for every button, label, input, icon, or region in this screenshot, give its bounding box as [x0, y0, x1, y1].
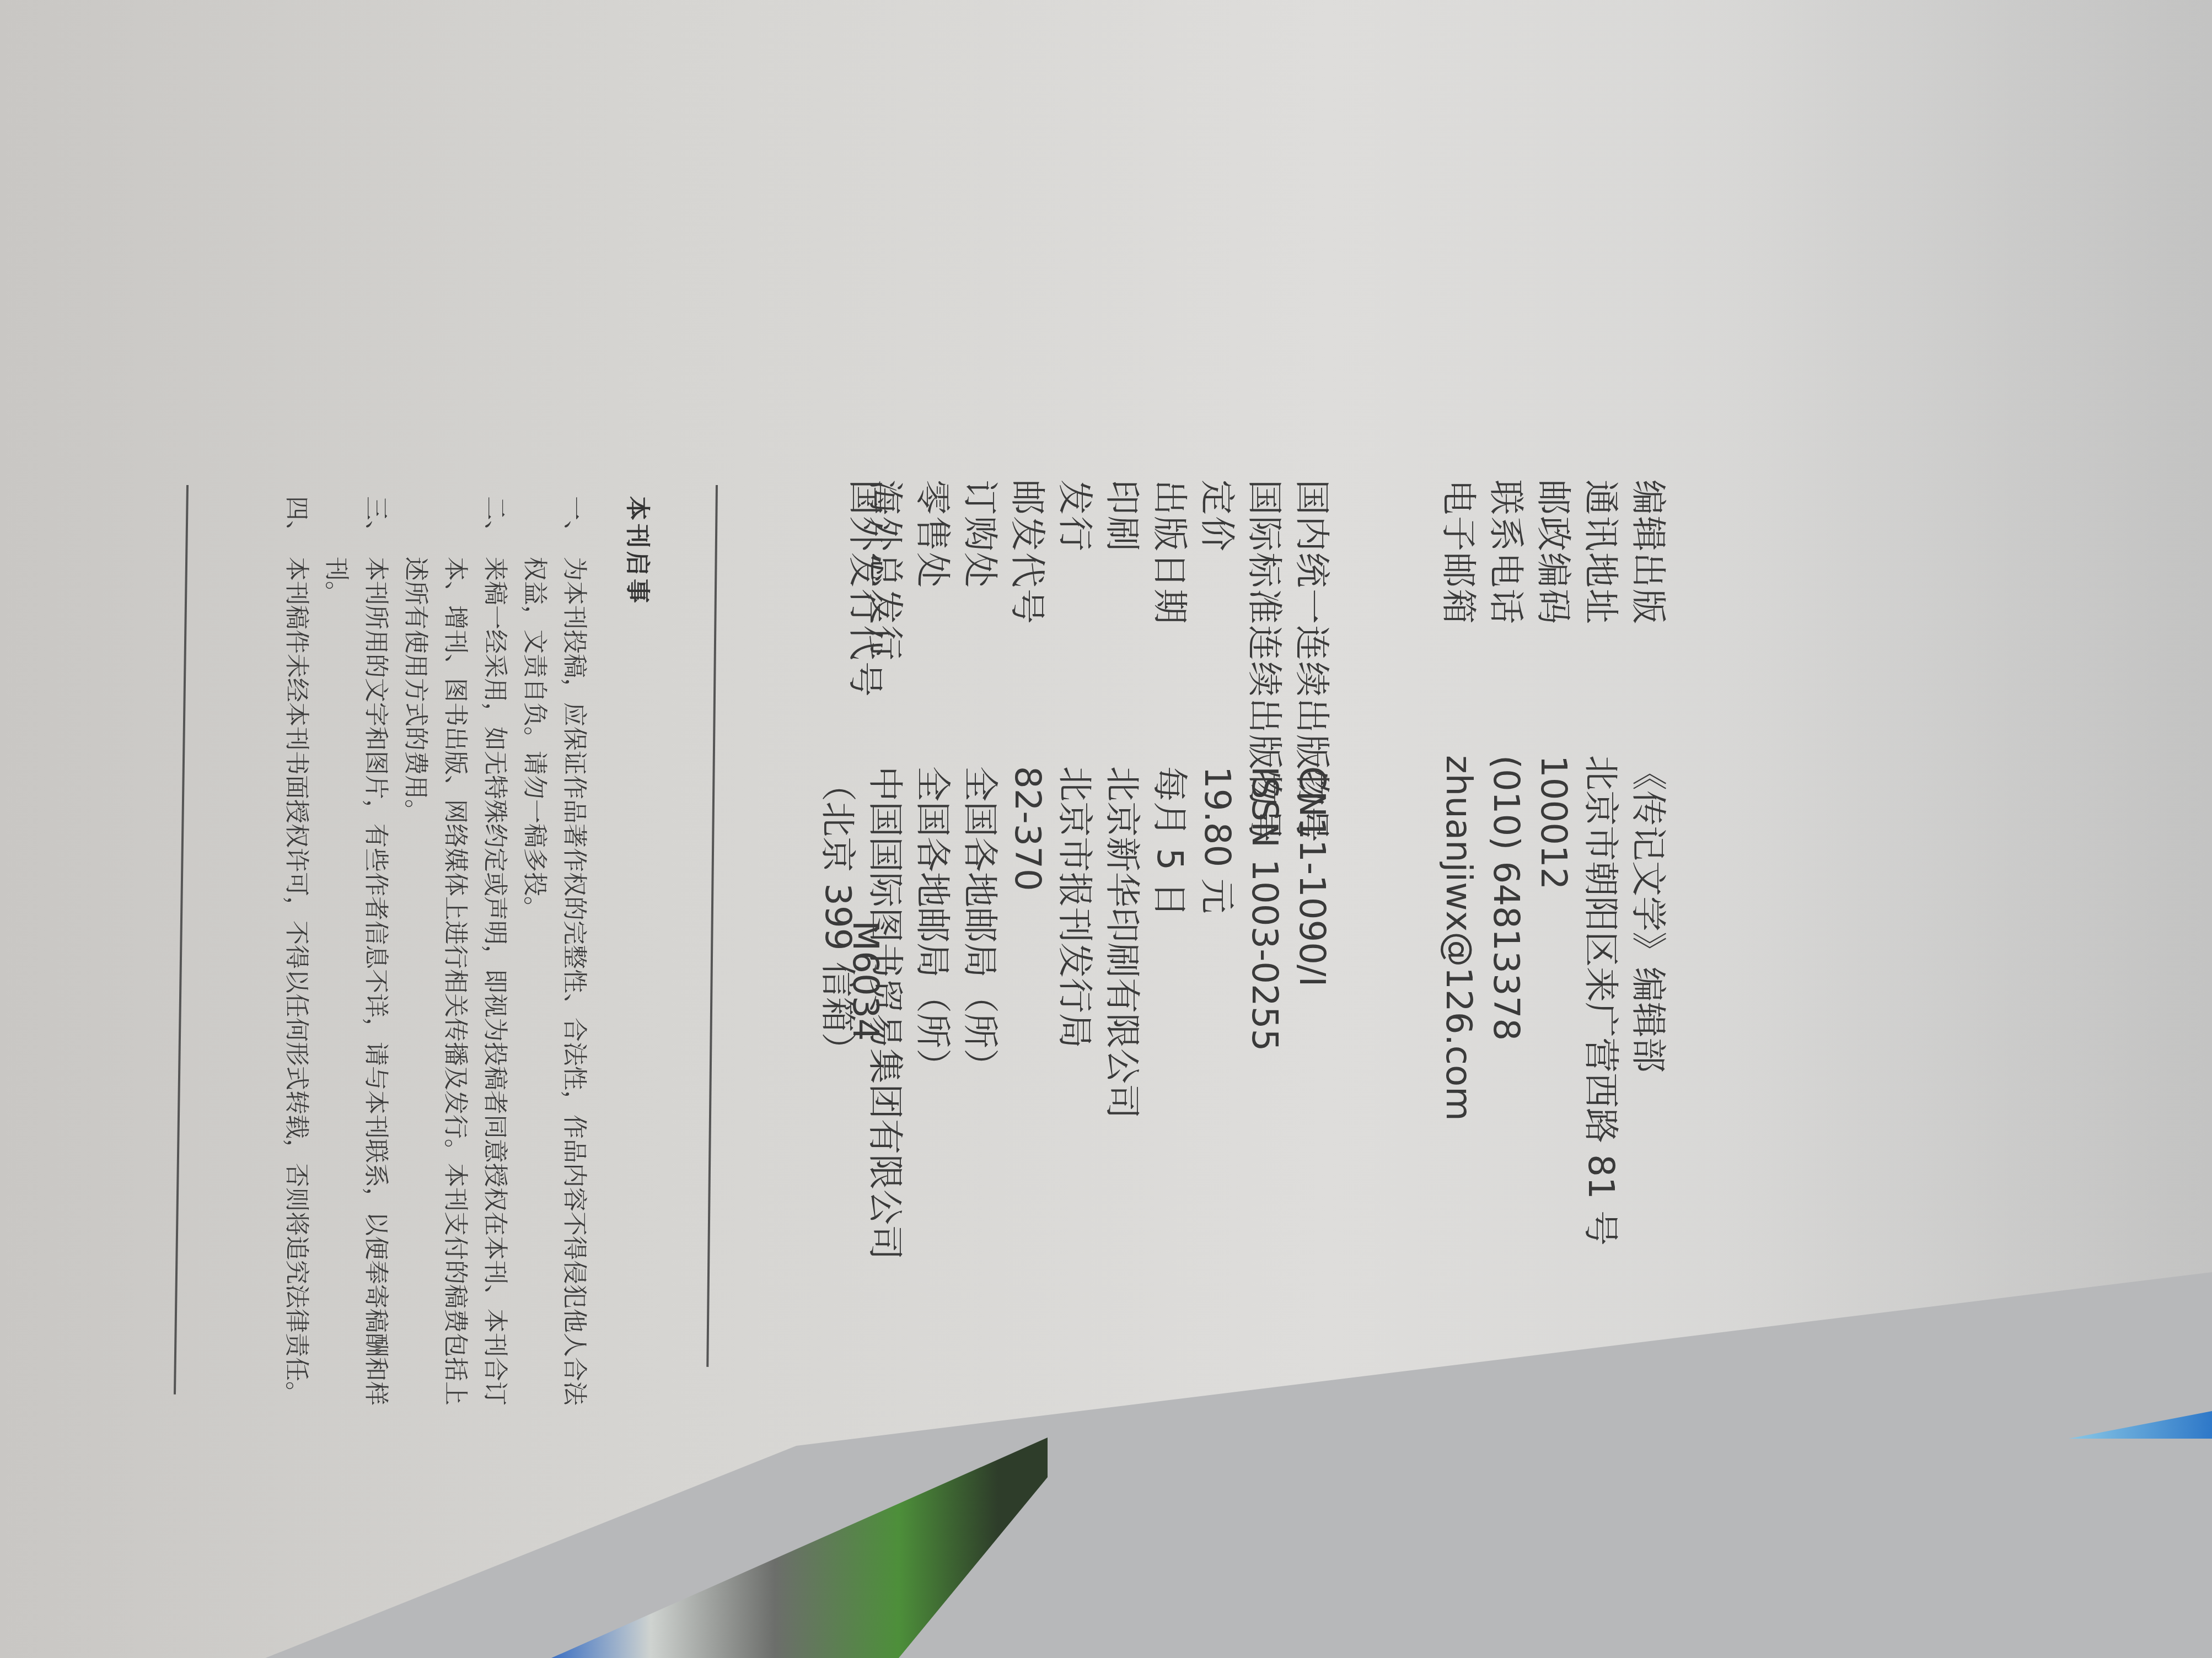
info-row: 定价19.80 元 [1193, 480, 1241, 1260]
info-label: 国外发行代号 [841, 480, 889, 920]
info-row: 发行北京市报刊发行局 [1051, 480, 1098, 1260]
info-row: 联系电话(010) 64813378 [1482, 480, 1529, 1246]
info-label: 国际标准连续出版物号 [1241, 480, 1288, 766]
info-label: 通讯地址 [1577, 480, 1624, 755]
info-row: 通讯地址北京市朝阳区来广营西路 81 号 [1577, 480, 1624, 1246]
info-label: 出版日期 [1146, 480, 1193, 766]
info-row: 国际标准连续出版物号ISSN 1003-0255 [1241, 480, 1288, 1260]
info-label: 印刷 [1098, 480, 1146, 766]
notice-item: 一、为本刊投稿，应保证作品著作权的完整性、合法性，作品内容不得侵犯他人合法权益，… [514, 496, 594, 1422]
info-label: 订购处 [956, 480, 1003, 766]
info-row: 印刷北京新华印刷有限公司 [1098, 480, 1146, 1260]
colophon-page: 编辑出版《传记文学》编辑部 通讯地址北京市朝阳区来广营西路 81 号 邮政编码1… [0, 0, 2212, 1658]
info-label: 邮政编码 [1529, 480, 1577, 755]
info-row: 邮政编码100012 [1529, 480, 1577, 1246]
notice-number: 三、 [316, 496, 395, 557]
info-value: (010) 64813378 [1482, 755, 1529, 1041]
info-value: 北京新华印刷有限公司 [1098, 766, 1146, 1119]
info-row: 国外发行代号M6034 [841, 480, 889, 1041]
notice-title: 本刊启事 [622, 496, 657, 606]
info-value: 19.80 元 [1193, 766, 1241, 914]
notice-text: 本刊所用的文字和图片，有些作者信息不详，请与本刊联系，以便奉寄稿酬和样刊。 [316, 557, 395, 1422]
notice-text: 为本刊投稿，应保证作品著作权的完整性、合法性，作品内容不得侵犯他人合法权益，文责… [514, 557, 594, 1422]
notice-bottom-divider [174, 485, 189, 1395]
info-value: 全国各地邮局（所） [956, 766, 1003, 1084]
notice-list: 一、为本刊投稿，应保证作品著作权的完整性、合法性，作品内容不得侵犯他人合法权益，… [276, 496, 594, 1422]
info-value: M6034 [841, 920, 889, 1041]
info-label: 零售处 [909, 480, 956, 766]
email-value: zhuanjiwx@126.com [1435, 755, 1482, 1121]
info-label: 编辑出版 [1624, 480, 1672, 755]
info-value: 《传记文学》编辑部 [1624, 755, 1672, 1073]
publication-info: 国内统一连续出版物号CN11-1090/I 国际标准连续出版物号ISSN 100… [814, 480, 1335, 1260]
info-row: 零售处全国各地邮局（所） [909, 480, 956, 1260]
notice-number: 一、 [514, 496, 594, 557]
info-row: 订购处全国各地邮局（所） [956, 480, 1003, 1260]
info-label: 联系电话 [1482, 480, 1529, 755]
notice-text: 本刊稿件未经本刊书面授权许可，不得以任何形式转载，否则将追究法律责任。 [276, 557, 316, 1422]
info-label: 国内统一连续出版物号 [1288, 480, 1335, 766]
notice-number: 四、 [276, 496, 316, 557]
info-value: 每月 5 日 [1146, 766, 1193, 917]
info-row: 编辑出版《传记文学》编辑部 [1624, 480, 1672, 1246]
notice-item: 二、来稿一经采用，如无特殊约定或声明，即视为投稿者同意授权在本刊、本刊合订本、增… [395, 496, 514, 1422]
info-row: 电子邮箱zhuanjiwx@126.com [1435, 480, 1482, 1246]
info-value: 全国各地邮局（所） [909, 766, 956, 1084]
info-row: 出版日期每月 5 日 [1146, 480, 1193, 1260]
info-row: 国内统一连续出版物号CN11-1090/I [1288, 480, 1335, 1260]
notice-text: 来稿一经采用，如无特殊约定或声明，即视为投稿者同意授权在本刊、本刊合订本、增刊、… [395, 557, 514, 1422]
info-value: 北京市朝阳区来广营西路 81 号 [1577, 755, 1624, 1246]
notice-top-divider [706, 485, 718, 1367]
info-value: 100012 [1529, 755, 1577, 890]
info-value: CN11-1090/I [1288, 766, 1335, 987]
info-value: 北京市报刊发行局 [1051, 766, 1098, 1048]
notice-item: 三、本刊所用的文字和图片，有些作者信息不详，请与本刊联系，以便奉寄稿酬和样刊。 [316, 496, 395, 1422]
info-value: 82-370 [1003, 766, 1051, 891]
info-label: 定价 [1193, 480, 1241, 766]
info-value: ISSN 1003-0255 [1241, 766, 1288, 1051]
info-row: 邮发代号82-370 [1003, 480, 1051, 1260]
notice-number: 二、 [395, 496, 514, 557]
overseas-info: 国外发行代号M6034 [841, 480, 889, 1041]
info-label: 邮发代号 [1003, 480, 1051, 766]
notice-item: 四、本刊稿件未经本刊书面授权许可，不得以任何形式转载，否则将追究法律责任。 [276, 496, 316, 1422]
info-label: 电子邮箱 [1435, 480, 1482, 755]
editorial-info: 编辑出版《传记文学》编辑部 通讯地址北京市朝阳区来广营西路 81 号 邮政编码1… [1435, 480, 1672, 1246]
info-label: 发行 [1051, 480, 1098, 766]
